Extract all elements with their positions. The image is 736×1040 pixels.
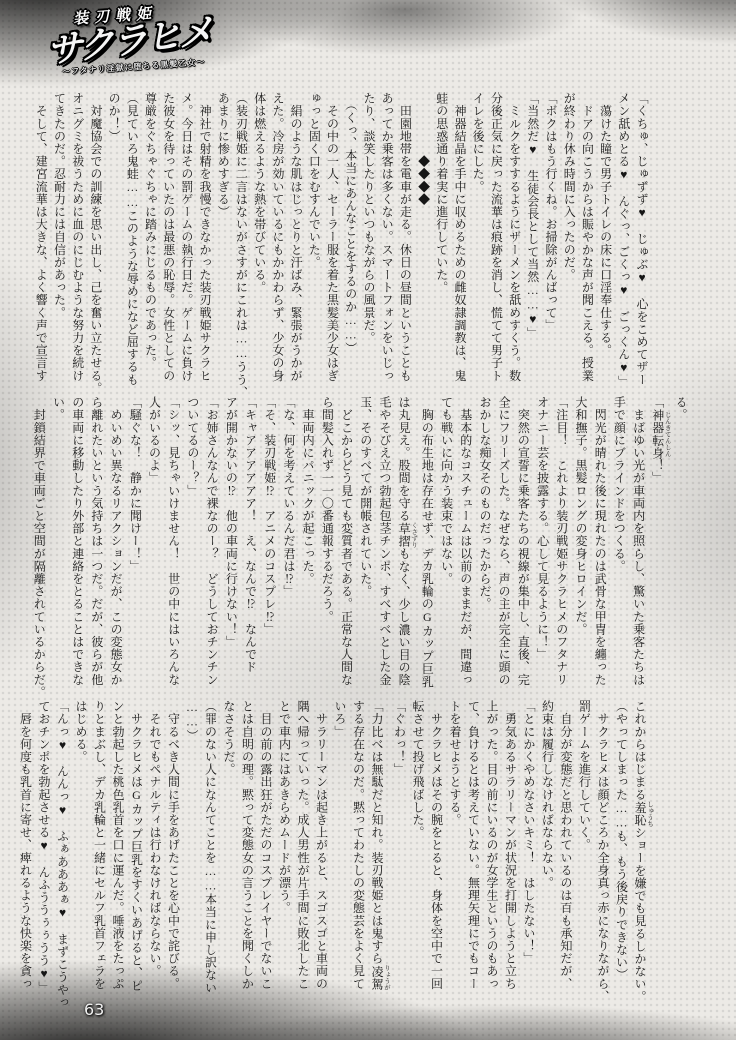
text-column: 「な、何を考えているんだ君は⁉」 bbox=[279, 396, 298, 686]
text-column: た彼女を待っていたのは最悪の恥辱。女性としての bbox=[160, 92, 178, 384]
text-column: イレを後にした。 bbox=[469, 92, 487, 384]
text-column: 「お姉さんなんで裸なのー？ どうしておチンチン bbox=[202, 396, 221, 686]
text-column: 「注目！ これより装刃戦姫サクラヒメのフタナリ bbox=[552, 396, 571, 686]
text-column: （やってしまった……も、もう後戻りできない） bbox=[612, 700, 631, 1018]
text-column: 封鎖結界で車両ごと空間が隔離されているからだ。 bbox=[29, 396, 48, 686]
text-column: ……） bbox=[183, 700, 202, 1018]
text-column: 基本的なコスチュームは以前のままだが、間違っ bbox=[456, 396, 475, 686]
text-column: ◆◆◆◆ bbox=[414, 92, 432, 384]
text-column: 手で顔にブラインドをつくる。 bbox=[609, 396, 628, 686]
text-column: い。 bbox=[48, 396, 67, 686]
text-column: （装刃戦姫に二言はないがさすがにこれは……うう、 bbox=[232, 92, 250, 384]
text-column: 約束は履行しなければならない。 bbox=[538, 700, 557, 1018]
text-column: 分後正気に戻った流華は痕跡を消し、慌てて男子ト bbox=[487, 92, 505, 384]
text-column: （罪のない人になんてことを……本当に申し訳ない bbox=[201, 700, 220, 1018]
text-column: なさそうだ。 bbox=[220, 700, 239, 1018]
text-column: 絹のような肌はじっとりと汗ばみ、緊張がうかが bbox=[287, 92, 305, 384]
text-column: 勇気あるサラリーマンが状況を打開しようと立ち bbox=[501, 700, 520, 1018]
text-column: いろ」 bbox=[331, 700, 350, 1018]
text-column: 対魔協会での訓練を思い出し、己を奮い立たせる。 bbox=[87, 92, 105, 384]
text-column: 隅へ帰っていった。成人男性が片手間に敗北したこ bbox=[294, 700, 313, 1018]
text-column: はじめる。 bbox=[72, 700, 91, 1018]
text-column: 「力比べは無駄だと知れ。装刃戦姫とは鬼すら凌駕りょうが bbox=[368, 700, 391, 1018]
text-column: ミルクをすするようにザーメンを舐めすくう。数 bbox=[505, 92, 523, 384]
text-column: メ。今日はその罰ゲームの執行日だ。ゲームに負け bbox=[178, 92, 196, 384]
text-column: 目の前の露出狂がただのコスプレイヤーでないこ bbox=[257, 700, 276, 1018]
text-column: ても戦いに向かう装束ではない。 bbox=[436, 396, 455, 686]
text-column: 「くちゅ、じゅずず♥ じゅぶ♥ 心をこめてザー bbox=[633, 92, 651, 384]
text-column: サクラヒメはその腕をとると、身体を空中で一回 bbox=[427, 700, 446, 1018]
text-column: 胸の布生地は存在せず、デカ乳輪のGカップ巨乳 bbox=[417, 396, 436, 686]
text-column: えた。冷房が効いているにもかかわらず、少女の身 bbox=[269, 92, 287, 384]
text-column: 尊厳をぐちゃぐちゃに踏みにじるものであった。 bbox=[141, 92, 159, 384]
text-column: 自分が変態だと思われているのは百も承知だが、 bbox=[557, 700, 576, 1018]
text-column: 体は燃えるような熱を帯びている。 bbox=[251, 92, 269, 384]
text-column: 「騒ぐな！ 静かに聞けー！」 bbox=[125, 396, 144, 686]
text-column: （くっ、本当にあんなことをするのか……） bbox=[342, 92, 360, 384]
text-column: 「とにかくやめなさいキミ！ はしたない！」 bbox=[520, 700, 539, 1018]
text-column: アが開かないの⁉ 他の車両に行けない！」 bbox=[221, 396, 240, 686]
text-column: （見ていろ鬼蛙……このような辱めになど屈するも bbox=[123, 92, 141, 384]
text-column: りとまぶし、デカ乳輪と一緒にセルフ乳首フェラを bbox=[90, 700, 109, 1018]
text-column: 神器結晶を手中に収めるための雌奴隷調教は、鬼 bbox=[451, 92, 469, 384]
text-column: する存在なのだ。黙ってわたしの変態芸をよく見て bbox=[349, 700, 368, 1018]
text-column: 突然の宣誓に乗客たちの視線が集中し、直後、完 bbox=[513, 396, 532, 686]
text-column: ておチンポを勃起させる♥ んふううぅぅうう♥」 bbox=[35, 700, 54, 1018]
text-band-bottom: これからはじまる羞恥しゅうちショーを嫌でも見るしかない。（やってしまった……も、… bbox=[16, 700, 653, 1018]
text-column: とで車内にはあきらめムードが漂う。 bbox=[275, 700, 294, 1018]
text-column: 「シッ、見ちゃいけません！ 世の中にはいろんな bbox=[164, 396, 183, 686]
text-column: 「ぐわっ！」 bbox=[390, 700, 409, 1018]
text-column: 閃光が晴れた後に現れたのは武骨な甲冑を纏った bbox=[590, 396, 609, 686]
text-column: 蕩けた瞳で男子トイレの床に口淫奉仕する。 bbox=[596, 92, 614, 384]
text-column: めいめい異なるリアクションだが、この変態女か bbox=[106, 396, 125, 686]
series-logo: 装刃戦姫 サクラヒメ 〜フタナリ淫獄に堕ちる黒髪乙女〜 bbox=[48, 0, 262, 78]
text-column: 田園地帯を電車が走る。休日の昼間ということも bbox=[396, 92, 414, 384]
text-column: は丸見え。股間を守る草摺くさずりもなく、少し濃い目の陰 bbox=[394, 396, 417, 686]
text-column: サラリーマンは起き上がると、スゴスゴと車両の bbox=[312, 700, 331, 1018]
novel-page: 装刃戦姫 サクラヒメ 〜フタナリ淫獄に堕ちる黒髪乙女〜 「くちゅ、じゅずず♥ じ… bbox=[0, 0, 736, 1040]
text-column: ドアの向こうからは賑やかな声が聞こえる。授業 bbox=[578, 92, 596, 384]
text-column: サクラヒメは顔どころか全身真っ赤になりながら、 bbox=[594, 700, 613, 1018]
text-column: そして、建宮流華は大きな、よく響く声で宣言す bbox=[32, 92, 50, 384]
text-column: 玉、そのすべてが開帳されていた。 bbox=[356, 396, 375, 686]
text-column: どこからどう見ても変質者である。正常な人間な bbox=[336, 396, 355, 686]
text-column: 守るべき人間に手をあげたことを心中で詫びる。 bbox=[164, 700, 183, 1018]
text-column: あってか乗客は多くない。スマートフォンをいじっ bbox=[378, 92, 396, 384]
text-column: て、負けるとは考えていない。無理矢理にでもコー bbox=[464, 700, 483, 1018]
text-column: 大和撫子。黒髪ロングの変身ヒロインだ。 bbox=[571, 396, 590, 686]
text-column: オナニー芸を披露する。心して見るように！」 bbox=[532, 396, 551, 686]
text-column: ついてるのー？」 bbox=[183, 396, 202, 686]
text-column: 蛙の思惑通り着実に進行していた。 bbox=[433, 92, 451, 384]
text-column: る。 bbox=[671, 396, 690, 686]
text-column: 転させて投げ飛ばした。 bbox=[409, 700, 428, 1018]
text-band-top: 「くちゅ、じゅずず♥ じゅぶ♥ 心をこめてザーメン舐めとる♥ んぐっ、ごくっ♥ … bbox=[32, 92, 651, 384]
text-column: 上がった。目の前にいるのが女学生というのもあっ bbox=[483, 700, 502, 1018]
text-column: てきたのだ。忍耐力には自信があった。 bbox=[50, 92, 68, 384]
text-column: ゅっと固く口をむすんでいた。 bbox=[305, 92, 323, 384]
text-column: メン舐めとる♥ んぐっ、ごくっ♥ ごっくん♥」 bbox=[615, 92, 633, 384]
text-column: 「そ、装刃戦姫⁉ アニメのコスプレ⁉」 bbox=[260, 396, 279, 686]
text-column: 人がいるのよ」 bbox=[144, 396, 163, 686]
text-column: 神社で射精を我慢できなかった装刃戦姫サクラヒ bbox=[196, 92, 214, 384]
text-column: が終わり休み時間に入ったのだ。 bbox=[560, 92, 578, 384]
text-column: それでもペナルティは行わなければならない。 bbox=[146, 700, 165, 1018]
text-column: 車両内にパニックが起こった。 bbox=[298, 396, 317, 686]
text-column: まばゆい光が車両内を照らし、驚いた乗客たちは bbox=[628, 396, 647, 686]
page-number: 63 bbox=[84, 1000, 104, 1019]
text-column: おかしな痴女そのものだったからだ。 bbox=[475, 396, 494, 686]
text-column: あまりに惨めすぎる） bbox=[214, 92, 232, 384]
text-column: これからはじまる羞恥しゅうちショーを嫌でも見るしかない。 bbox=[631, 700, 654, 1018]
text-column: とは自明の理。黙って変態女の言うことを聞くしか bbox=[238, 700, 257, 1018]
text-column: オニグミを祓うために血のにじむような努力を続け bbox=[69, 92, 87, 384]
text-column: 「神器転身じんきてんしん！」 bbox=[648, 396, 671, 686]
text-column: 全にフリーズした。なぜなら、声の主が完全に頭の bbox=[494, 396, 513, 686]
text-column: 罰ゲームを進行していく。 bbox=[575, 700, 594, 1018]
text-column: 「ボクはもう行くね。お掃除がんばって」 bbox=[542, 92, 560, 384]
text-column: ら離れたいという気持ちは一つだ。だが、彼らが他 bbox=[87, 396, 106, 686]
text-column: の車両に移動したり外部と連絡をとることはできな bbox=[68, 396, 87, 686]
text-column: のか！） bbox=[105, 92, 123, 384]
text-column: 「当然だ♥ 生徒会長として当然……♥」 bbox=[524, 92, 542, 384]
text-column: トを着せようとする。 bbox=[446, 700, 465, 1018]
text-column: ンと勃起した桃色乳首を口に運んだ。唾液をたっぷ bbox=[109, 700, 128, 1018]
text-band-middle: る。「神器転身じんきてんしん！」 まばゆい光が車両内を照らし、驚いた乗客たちは手… bbox=[29, 396, 690, 686]
text-column: サクラヒメはGカップ巨乳をすくいあげると、ピ bbox=[127, 700, 146, 1018]
text-column: 唇を何度も乳首に寄せ、痺れるような快楽を貪っ bbox=[16, 700, 35, 1018]
text-column: その中の一人、セーラー服を着た黒髪美少女はぎ bbox=[323, 92, 341, 384]
text-column: ら間髪入れず一一〇番通報するだろう。 bbox=[317, 396, 336, 686]
text-column: 「んっ♥ んんっ♥ ふぁあああぁ♥ まずこうやっ bbox=[53, 700, 72, 1018]
text-column: たり、談笑したりといつもながらの風景だ。 bbox=[360, 92, 378, 384]
text-column: 毛やそびえ立つ勃起包茎チンポ、すべすべとした金 bbox=[375, 396, 394, 686]
text-column: 「キャアアアアアア！ え、なんで⁉ なんでド bbox=[240, 396, 259, 686]
